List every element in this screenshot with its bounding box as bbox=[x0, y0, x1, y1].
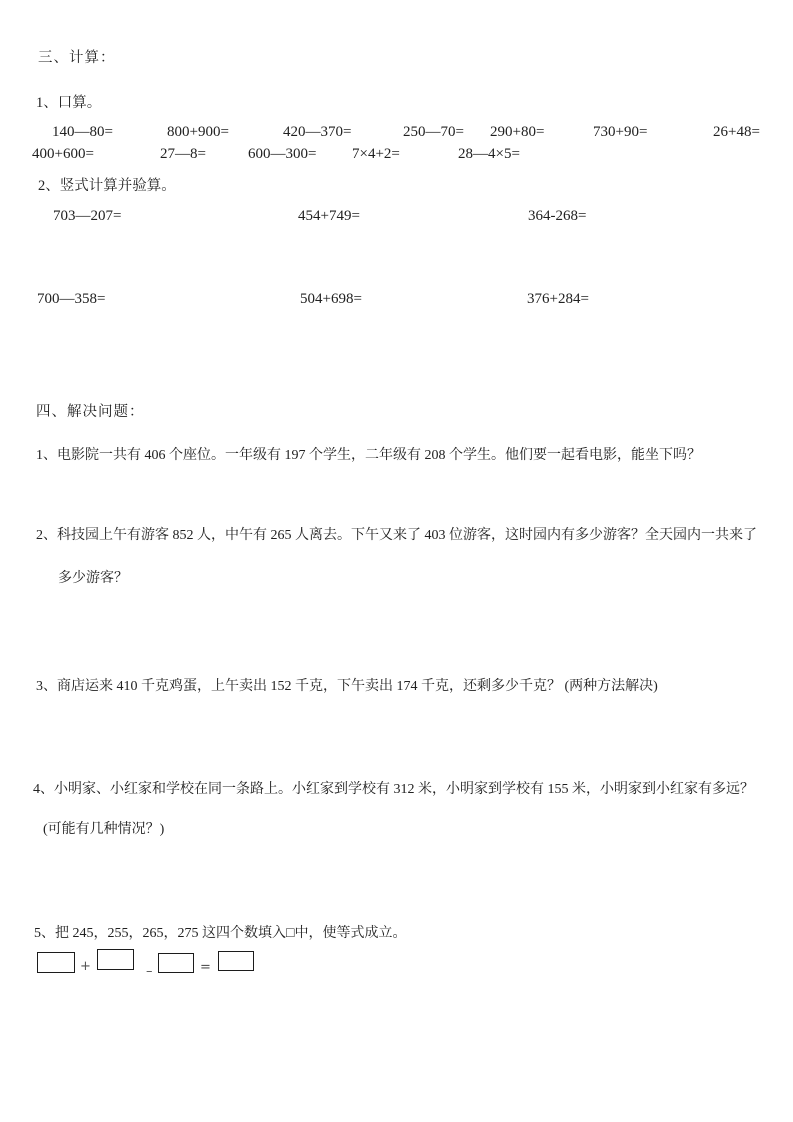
problem-4-line-2: (可能有几种情况？) bbox=[43, 821, 164, 838]
problem-5-text: 5、把 245，255，265，275 这四个数填入□中，使等式成立。 bbox=[34, 925, 406, 942]
problem-1-text: 1、电影院一共有 406 个座位。一年级有 197 个学生，二年级有 208 个… bbox=[36, 447, 701, 464]
vertical-calc-item: 376+284= bbox=[527, 291, 589, 308]
vertical-calc-label: 2、竖式计算并验算。 bbox=[38, 178, 176, 195]
vertical-calc-item: 454+749= bbox=[298, 208, 360, 225]
oral-calc-item: 7×4+2= bbox=[352, 146, 400, 163]
oral-calc-item: 27—8= bbox=[160, 146, 206, 163]
problem-3-text: 3、商店运来 410 千克鸡蛋，上午卖出 152 千克，下午卖出 174 千克，… bbox=[36, 678, 658, 695]
answer-box-1 bbox=[37, 952, 75, 973]
oral-calc-label: 1、口算。 bbox=[36, 95, 101, 112]
oral-calc-item: 800+900= bbox=[167, 124, 229, 141]
oral-calc-item: 730+90= bbox=[593, 124, 647, 141]
problem-2-line-1: 2、科技园上午有游客 852 人，中午有 265 人离去。下午又来了 403 位… bbox=[36, 527, 757, 544]
vertical-calc-item: 700—358= bbox=[37, 291, 105, 308]
problem-2-line-2: 多少游客？ bbox=[58, 570, 128, 587]
answer-box-4 bbox=[218, 951, 254, 971]
plus-sign: + bbox=[80, 960, 91, 973]
section-4-heading: 四、解决问题： bbox=[36, 404, 145, 421]
minus-sign: – bbox=[146, 965, 153, 978]
vertical-calc-item: 703—207= bbox=[53, 208, 121, 225]
oral-calc-item: 600—300= bbox=[248, 146, 316, 163]
worksheet-page: 三、计算： 1、口算。 140—80= 800+900= 420—370= 25… bbox=[0, 0, 793, 1122]
vertical-calc-item: 504+698= bbox=[300, 291, 362, 308]
vertical-calc-item: 364-268= bbox=[528, 208, 586, 225]
answer-box-2 bbox=[97, 949, 134, 970]
answer-box-3 bbox=[158, 953, 194, 973]
oral-calc-item: 140—80= bbox=[52, 124, 113, 141]
section-3-heading: 三、计算： bbox=[38, 50, 116, 67]
equals-sign: = bbox=[200, 961, 211, 974]
problem-4-line-1: 4、小明家、小红家和学校在同一条路上。小红家到学校有 312 米，小明家到学校有… bbox=[33, 781, 754, 798]
oral-calc-item: 400+600= bbox=[32, 146, 94, 163]
oral-calc-item: 420—370= bbox=[283, 124, 351, 141]
oral-calc-item: 26+48= bbox=[713, 124, 760, 141]
oral-calc-item: 250—70= bbox=[403, 124, 464, 141]
oral-calc-item: 28—4×5= bbox=[458, 146, 520, 163]
oral-calc-item: 290+80= bbox=[490, 124, 544, 141]
